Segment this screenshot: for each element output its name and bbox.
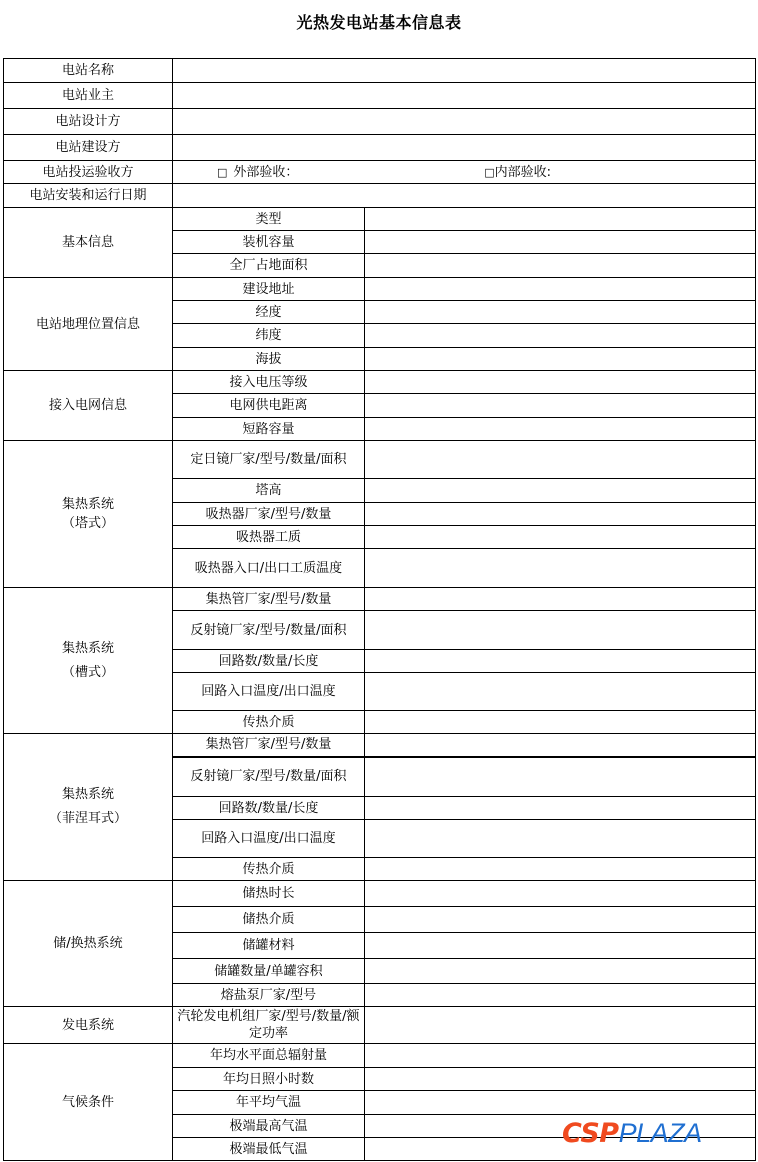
row-station-owner: 电站业主 bbox=[4, 83, 756, 109]
table-row: 电站地理位置信息建设地址 bbox=[4, 278, 756, 301]
station-builder-field[interactable] bbox=[173, 135, 756, 161]
table-row: 基本信息类型 bbox=[4, 208, 756, 231]
install-date-field[interactable] bbox=[173, 184, 756, 208]
field-value[interactable] bbox=[365, 673, 756, 711]
csp-plaza-logo: CSPPLAZA bbox=[562, 1118, 702, 1149]
field-value[interactable] bbox=[365, 1007, 756, 1044]
field-value[interactable] bbox=[365, 479, 756, 503]
field-label: 接入电压等级 bbox=[173, 371, 365, 394]
field-value[interactable] bbox=[365, 549, 756, 588]
row-station-designer: 电站设计方 bbox=[4, 109, 756, 135]
field-value[interactable] bbox=[365, 503, 756, 526]
label: 电站设计方 bbox=[4, 109, 173, 135]
field-value[interactable] bbox=[365, 324, 756, 348]
field-value[interactable] bbox=[365, 1068, 756, 1091]
field-label: 年均水平面总辐射量 bbox=[173, 1044, 365, 1068]
field-value[interactable] bbox=[365, 1091, 756, 1115]
group-category: 集热系统 （菲涅耳式） bbox=[4, 734, 173, 881]
logo-part-csp: CSP bbox=[562, 1118, 619, 1149]
field-label: 建设地址 bbox=[173, 278, 365, 301]
group-category: 电站地理位置信息 bbox=[4, 278, 173, 371]
field-label: 短路容量 bbox=[173, 418, 365, 441]
field-value[interactable] bbox=[365, 611, 756, 650]
field-label: 反射镜厂家/型号/数量/面积 bbox=[173, 757, 365, 797]
checkbox-icon[interactable]: □ bbox=[217, 166, 227, 179]
field-value[interactable] bbox=[365, 301, 756, 324]
group-category: 集热系统 （塔式） bbox=[4, 441, 173, 588]
field-label: 储热时长 bbox=[173, 881, 365, 907]
field-value[interactable] bbox=[365, 441, 756, 479]
field-label: 吸热器入口/出口工质温度 bbox=[173, 549, 365, 588]
row-install-date: 电站安装和运行日期 bbox=[4, 184, 756, 208]
row-station-builder: 电站建设方 bbox=[4, 135, 756, 161]
field-label: 集热管厂家/型号/数量 bbox=[173, 588, 365, 611]
internal-acceptance-label: 内部验收: bbox=[495, 165, 551, 180]
field-value[interactable] bbox=[365, 907, 756, 933]
field-value[interactable] bbox=[365, 588, 756, 611]
field-label: 集热管厂家/型号/数量 bbox=[173, 734, 365, 757]
group-category: 基本信息 bbox=[4, 208, 173, 278]
label: 电站名称 bbox=[4, 59, 173, 83]
field-label: 全厂占地面积 bbox=[173, 254, 365, 278]
label: 电站业主 bbox=[4, 83, 173, 109]
field-value[interactable] bbox=[365, 881, 756, 907]
field-label: 熔盐泵厂家/型号 bbox=[173, 984, 365, 1007]
field-label: 海拔 bbox=[173, 348, 365, 371]
field-value[interactable] bbox=[365, 757, 756, 797]
station-name-field[interactable] bbox=[173, 59, 756, 83]
acceptance-options: □外部验收： □内部验收: bbox=[173, 161, 756, 184]
field-value[interactable] bbox=[365, 394, 756, 418]
field-label: 年均日照小时数 bbox=[173, 1068, 365, 1091]
field-label: 电网供电距离 bbox=[173, 394, 365, 418]
station-designer-field[interactable] bbox=[173, 109, 756, 135]
field-label: 回路入口温度/出口温度 bbox=[173, 820, 365, 858]
field-value[interactable] bbox=[365, 254, 756, 278]
table-row: 集热系统 （菲涅耳式）集热管厂家/型号/数量 bbox=[4, 734, 756, 757]
table-row: 储/换热系统储热时长 bbox=[4, 881, 756, 907]
checkbox-icon[interactable]: □ bbox=[484, 166, 494, 179]
internal-acceptance-option[interactable]: □内部验收: bbox=[484, 164, 551, 181]
field-value[interactable] bbox=[365, 650, 756, 673]
group-category: 接入电网信息 bbox=[4, 371, 173, 441]
field-label: 极端最高气温 bbox=[173, 1115, 365, 1138]
table-row: 集热系统 （槽式）集热管厂家/型号/数量 bbox=[4, 588, 756, 611]
field-value[interactable] bbox=[365, 526, 756, 549]
field-value[interactable] bbox=[365, 984, 756, 1007]
field-value[interactable] bbox=[365, 278, 756, 301]
row-station-name: 电站名称 bbox=[4, 59, 756, 83]
field-label: 回路数/数量/长度 bbox=[173, 797, 365, 820]
label: 电站安装和运行日期 bbox=[4, 184, 173, 208]
field-value[interactable] bbox=[365, 933, 756, 959]
field-label: 类型 bbox=[173, 208, 365, 231]
group-category: 储/换热系统 bbox=[4, 881, 173, 1007]
page-title: 光热发电站基本信息表 bbox=[0, 10, 758, 33]
field-label: 回路数/数量/长度 bbox=[173, 650, 365, 673]
label: 电站建设方 bbox=[4, 135, 173, 161]
field-label: 汽轮发电机组厂家/型号/数量/额定功率 bbox=[173, 1007, 365, 1044]
table-row: 发电系统汽轮发电机组厂家/型号/数量/额定功率 bbox=[4, 1007, 756, 1044]
info-table: 电站名称 电站业主 电站设计方 电站建设方 电站投运验收方 □外部验收： bbox=[3, 58, 756, 1161]
field-value[interactable] bbox=[365, 1044, 756, 1068]
field-value[interactable] bbox=[365, 231, 756, 254]
field-label: 极端最低气温 bbox=[173, 1138, 365, 1161]
row-acceptance: 电站投运验收方 □外部验收： □内部验收: bbox=[4, 161, 756, 184]
field-value[interactable] bbox=[365, 797, 756, 820]
field-label: 储罐数量/单罐容积 bbox=[173, 959, 365, 984]
field-value[interactable] bbox=[365, 959, 756, 984]
field-value[interactable] bbox=[365, 820, 756, 858]
table-row: 集热系统 （塔式）定日镜厂家/型号/数量/面积 bbox=[4, 441, 756, 479]
field-value[interactable] bbox=[365, 348, 756, 371]
group-category: 集热系统 （槽式） bbox=[4, 588, 173, 734]
field-label: 塔高 bbox=[173, 479, 365, 503]
group-category: 发电系统 bbox=[4, 1007, 173, 1044]
group-category: 气候条件 bbox=[4, 1044, 173, 1161]
field-label: 年平均气温 bbox=[173, 1091, 365, 1115]
label: 电站投运验收方 bbox=[4, 161, 173, 184]
field-label: 储罐材料 bbox=[173, 933, 365, 959]
field-label: 吸热器厂家/型号/数量 bbox=[173, 503, 365, 526]
field-label: 吸热器工质 bbox=[173, 526, 365, 549]
field-label: 储热介质 bbox=[173, 907, 365, 933]
field-value[interactable] bbox=[365, 208, 756, 231]
field-label: 回路入口温度/出口温度 bbox=[173, 673, 365, 711]
external-acceptance-option[interactable]: □外部验收： bbox=[217, 164, 298, 181]
field-value[interactable] bbox=[365, 858, 756, 881]
field-value[interactable] bbox=[365, 418, 756, 441]
field-value[interactable] bbox=[365, 371, 756, 394]
external-acceptance-label: 外部验收： bbox=[233, 165, 298, 180]
field-value[interactable] bbox=[365, 734, 756, 757]
table-row: 气候条件年均水平面总辐射量 bbox=[4, 1044, 756, 1068]
field-label: 传热介质 bbox=[173, 858, 365, 881]
field-value[interactable] bbox=[365, 711, 756, 734]
station-owner-field[interactable] bbox=[173, 83, 756, 109]
logo-part-plaza: PLAZA bbox=[619, 1118, 702, 1148]
field-label: 经度 bbox=[173, 301, 365, 324]
field-label: 纬度 bbox=[173, 324, 365, 348]
field-label: 定日镜厂家/型号/数量/面积 bbox=[173, 441, 365, 479]
table-row: 接入电网信息接入电压等级 bbox=[4, 371, 756, 394]
field-label: 传热介质 bbox=[173, 711, 365, 734]
field-label: 反射镜厂家/型号/数量/面积 bbox=[173, 611, 365, 650]
field-label: 装机容量 bbox=[173, 231, 365, 254]
